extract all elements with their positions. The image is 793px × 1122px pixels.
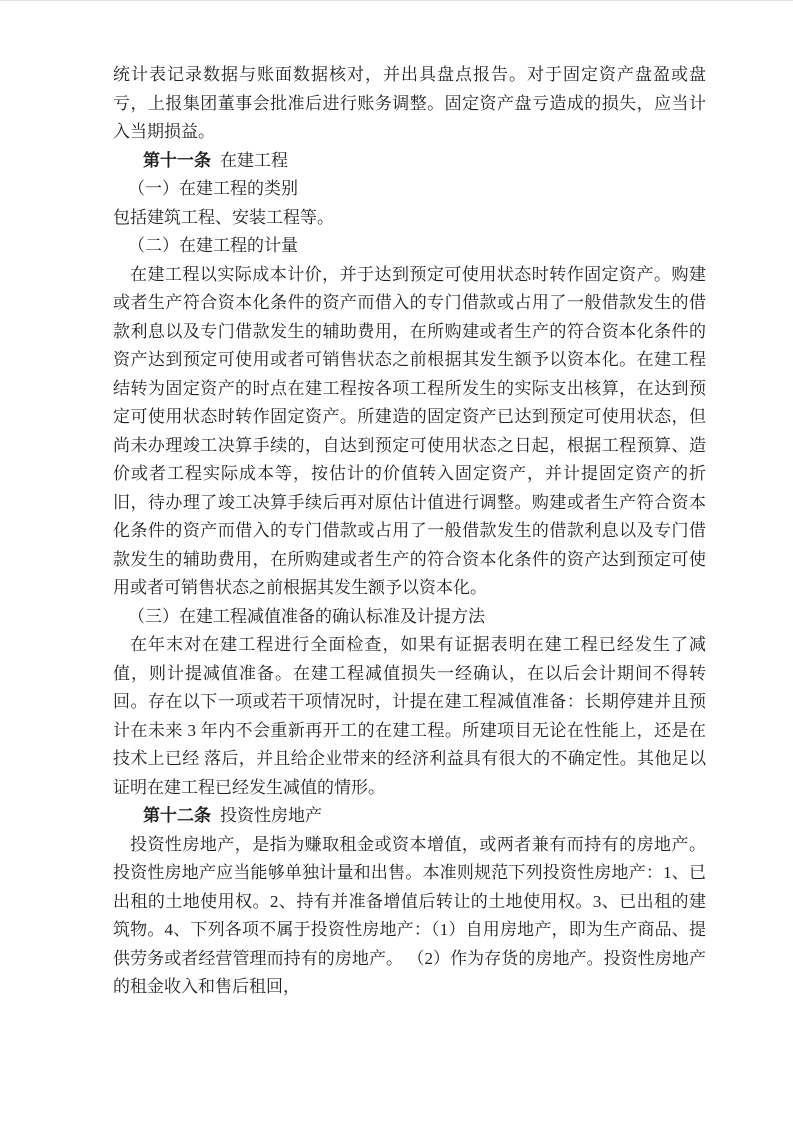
section-2-body: 在建工程以实际成本计价，并于达到预定可使用状态时转作固定资产。购建或者生产符合资… [113,261,706,603]
section-1-label: （一）在建工程的类别 [113,175,706,204]
intro-paragraph: 统计表记录数据与账面数据核对，并出具盘点报告。对于固定资产盘盈或盘亏，上报集团董… [113,61,706,147]
article-11-number: 第十一条 [143,151,211,170]
article-11-title: 在建工程 [220,151,288,170]
article-12-heading: 第十二条投资性房地产 [113,802,706,831]
article-12-body: 投资性房地产，是指为赚取租金或资本增值，或两者兼有而持有的房地产。投资性房地产应… [113,831,706,1002]
section-3-label: （三）在建工程减值准备的确认标准及计提方法 [113,603,706,632]
document-page: 统计表记录数据与账面数据核对，并出具盘点报告。对于固定资产盘盈或盘亏，上报集团董… [0,0,793,1122]
section-3-body: 在年末对在建工程进行全面检查，如果有证据表明在建工程已经发生了减值，则计提减值准… [113,631,706,802]
article-12-number: 第十二条 [143,806,211,825]
section-1-body: 包括建筑工程、安装工程等。 [113,204,706,233]
article-11-heading: 第十一条在建工程 [113,147,706,176]
section-2-label: （二）在建工程的计量 [113,232,706,261]
article-12-title: 投资性房地产 [220,806,322,825]
